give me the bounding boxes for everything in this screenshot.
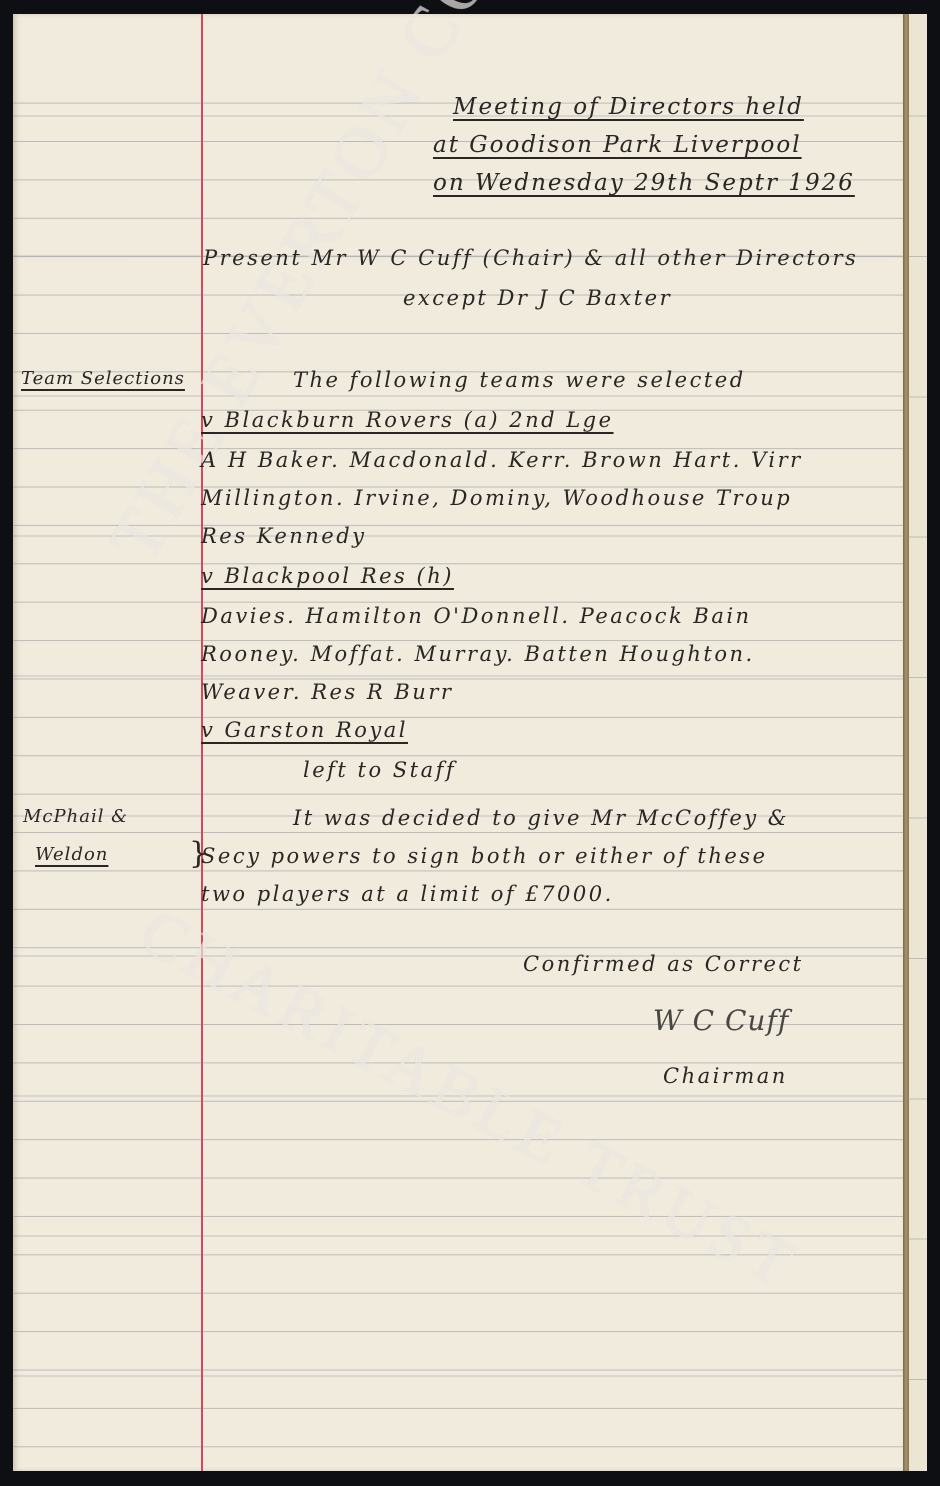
decision-line-3: two players at a limit of £7000.	[201, 882, 614, 906]
team-reserve-2: Weaver. Res R Burr	[201, 680, 453, 704]
red-margin-rule	[201, 14, 203, 1471]
margin-label-mcphail: McPhail &	[23, 806, 128, 827]
ledger-page: THE EVERTON COLLECTION CHARITABLE TRUST …	[13, 14, 903, 1471]
team-line-4: Rooney. Moffat. Murray. Batten Houghton.	[201, 642, 755, 666]
team-reserve-1: Res Kennedy	[201, 524, 367, 548]
fixture-garston: v Garston Royal	[201, 718, 408, 742]
fixture-blackburn: v Blackburn Rovers (a) 2nd Lge	[201, 408, 614, 432]
team-line-3: Davies. Hamilton O'Donnell. Peacock Bain	[201, 604, 752, 628]
margin-label-weldon: Weldon	[35, 844, 108, 865]
present-line1: Present Mr W C Cuff (Chair) & all other …	[203, 246, 858, 270]
present-line2: except Dr J C Baxter	[403, 286, 672, 310]
meeting-title-line3: on Wednesday 29th Septr 1926	[433, 170, 855, 196]
selection-intro: The following teams were selected	[293, 368, 746, 392]
chairman-signature: W C Cuff	[653, 1004, 789, 1037]
team-line-2: Millington. Irvine, Dominy, Woodhouse Tr…	[201, 486, 792, 510]
chairman-title: Chairman	[663, 1064, 788, 1088]
decision-line-1: It was decided to give Mr McCoffey &	[293, 806, 789, 830]
meeting-title-line2: at Goodison Park Liverpool	[433, 132, 802, 158]
adjacent-page-edge	[909, 14, 927, 1471]
confirmation-text: Confirmed as Correct	[523, 952, 804, 976]
left-to-staff: left to Staff	[303, 758, 456, 782]
fixture-blackpool: v Blackpool Res (h)	[201, 564, 454, 588]
decision-line-2: Secy powers to sign both or either of th…	[201, 844, 768, 868]
margin-label-team-selections: Team Selections	[21, 368, 185, 389]
team-line-1: A H Baker. Macdonald. Kerr. Brown Hart. …	[201, 448, 803, 472]
meeting-title-line1: Meeting of Directors held	[453, 94, 804, 120]
